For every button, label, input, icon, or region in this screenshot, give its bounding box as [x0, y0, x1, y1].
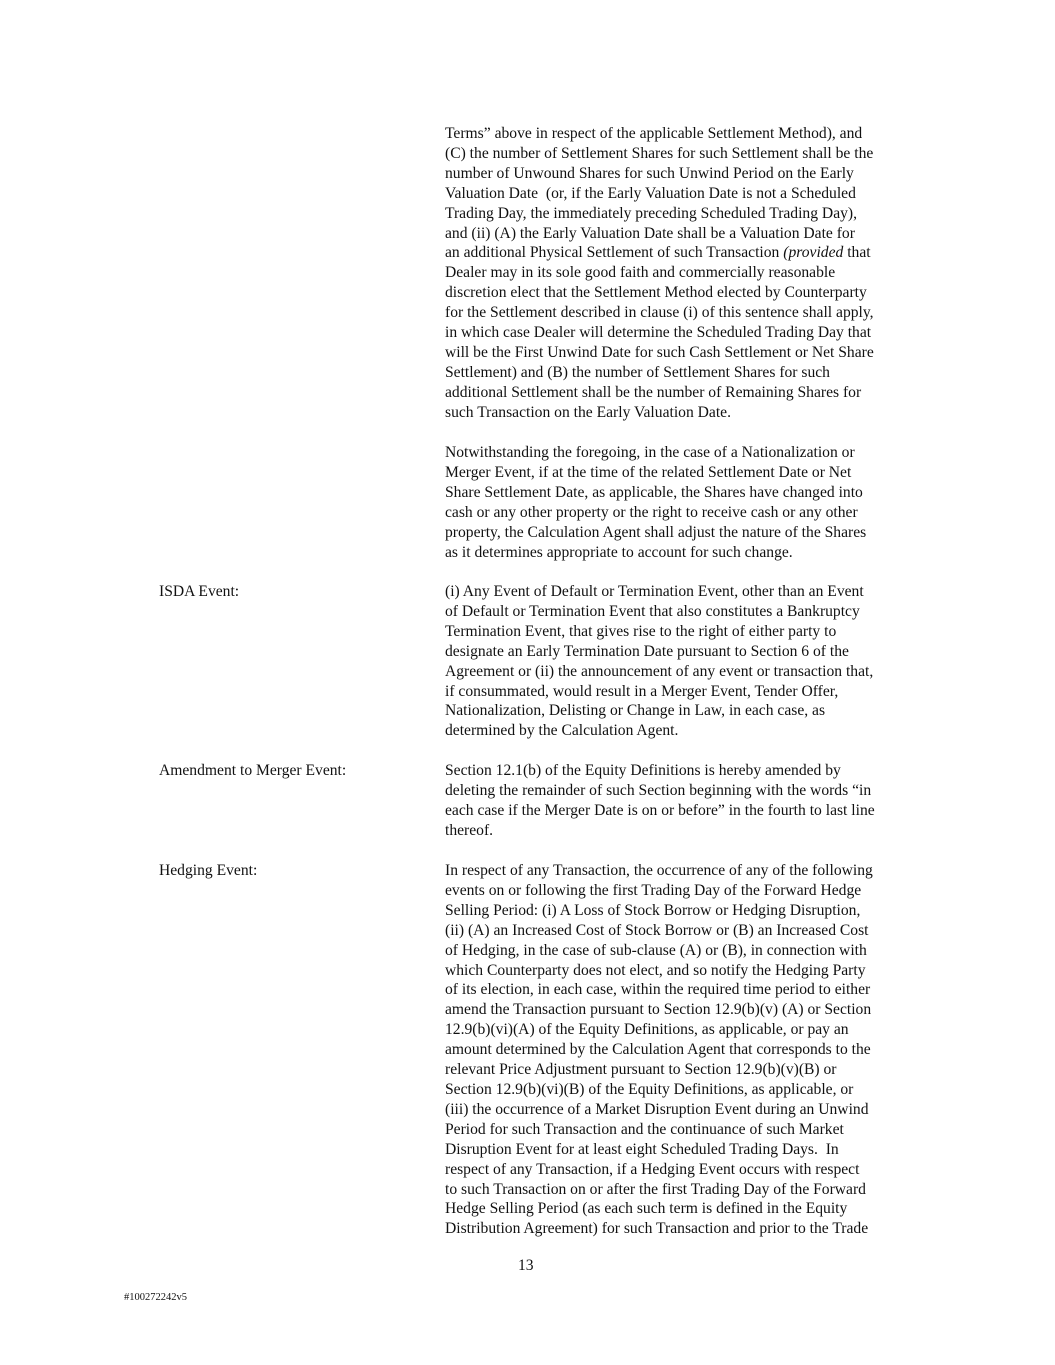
text-line: 12.9(b)(vi)(A) of the Equity Definitions…	[445, 1020, 925, 1040]
text-line: property, the Calculation Agent shall ad…	[445, 523, 925, 543]
text-line: Dealer may in its sole good faith and co…	[445, 263, 925, 283]
text-line: an additional Physical Settlement of suc…	[445, 243, 925, 263]
text-line: of Default or Termination Event that als…	[445, 602, 925, 622]
text-line: Notwithstanding the foregoing, in the ca…	[445, 443, 925, 463]
text-line: Merger Event, if at the time of the rela…	[445, 463, 925, 483]
text-line: which Counterparty does not elect, and s…	[445, 961, 925, 981]
text-line: Agreement or (ii) the announcement of an…	[445, 662, 925, 682]
document-id: #100272242v5	[124, 1291, 187, 1304]
definition-isda-event: (i) Any Event of Default or Termination …	[445, 582, 925, 741]
text-line: Disruption Event for at least eight Sche…	[445, 1140, 925, 1160]
text-line: thereof.	[445, 821, 925, 841]
text-line: Section 12.9(b)(vi)(B) of the Equity Def…	[445, 1080, 925, 1100]
italic-provided: (provided	[783, 244, 843, 261]
text-line: Section 12.1(b) of the Equity Definition…	[445, 761, 925, 781]
text-line: amend the Transaction pursuant to Sectio…	[445, 1000, 925, 1020]
text-line: cash or any other property or the right …	[445, 503, 925, 523]
text-line: Selling Period: (i) A Loss of Stock Borr…	[445, 901, 925, 921]
text-line: Hedge Selling Period (as each such term …	[445, 1199, 925, 1219]
text-line: and (ii) (A) the Early Valuation Date sh…	[445, 224, 925, 244]
text-line: as it determines appropriate to account …	[445, 543, 925, 563]
text-line: determined by the Calculation Agent.	[445, 721, 925, 741]
term-isda-event: ISDA Event:	[159, 582, 239, 602]
definition-hedging-event: In respect of any Transaction, the occur…	[445, 861, 925, 1239]
text-line: designate an Early Termination Date purs…	[445, 642, 925, 662]
text-line: relevant Price Adjustment pursuant to Se…	[445, 1060, 925, 1080]
text-line: (iii) the occurrence of a Market Disrupt…	[445, 1100, 925, 1120]
continuation-paragraph: Terms” above in respect of the applicabl…	[445, 124, 925, 423]
text-line: Period for such Transaction and the cont…	[445, 1120, 925, 1140]
text-fragment: that	[843, 244, 870, 261]
text-line: discretion elect that the Settlement Met…	[445, 283, 925, 303]
text-line: Trading Day, the immediately preceding S…	[445, 204, 925, 224]
document-page: Terms” above in respect of the applicabl…	[0, 0, 1055, 1365]
text-line: Distribution Agreement) for such Transac…	[445, 1219, 925, 1239]
text-line: to such Transaction on or after the firs…	[445, 1180, 925, 1200]
text-line: (C) the number of Settlement Shares for …	[445, 144, 925, 164]
text-line: will be the First Unwind Date for such C…	[445, 343, 925, 363]
term-amendment-to-merger-event: Amendment to Merger Event:	[159, 761, 346, 781]
text-line: Termination Event, that gives rise to th…	[445, 622, 925, 642]
text-line: (i) Any Event of Default or Termination …	[445, 582, 925, 602]
text-line: respect of any Transaction, if a Hedging…	[445, 1160, 925, 1180]
text-line: In respect of any Transaction, the occur…	[445, 861, 925, 881]
page-number: 13	[518, 1256, 534, 1276]
text-line: number of Unwound Shares for such Unwind…	[445, 164, 925, 184]
text-line: in which case Dealer will determine the …	[445, 323, 925, 343]
text-line: Share Settlement Date, as applicable, th…	[445, 483, 925, 503]
text-line: of Hedging, in the case of sub-clause (A…	[445, 941, 925, 961]
text-line: for the Settlement described in clause (…	[445, 303, 925, 323]
definition-amendment-to-merger-event: Section 12.1(b) of the Equity Definition…	[445, 761, 925, 841]
text-line: amount determined by the Calculation Age…	[445, 1040, 925, 1060]
text-line: Terms” above in respect of the applicabl…	[445, 124, 925, 144]
text-fragment: an additional Physical Settlement of suc…	[445, 244, 783, 261]
text-line: events on or following the first Trading…	[445, 881, 925, 901]
text-line: Nationalization, Delisting or Change in …	[445, 701, 925, 721]
text-line: deleting the remainder of such Section b…	[445, 781, 925, 801]
text-line: Settlement) and (B) the number of Settle…	[445, 363, 925, 383]
text-line: each case if the Merger Date is on or be…	[445, 801, 925, 821]
text-line: Valuation Date (or, if the Early Valuati…	[445, 184, 925, 204]
term-hedging-event: Hedging Event:	[159, 861, 257, 881]
text-line: additional Settlement shall be the numbe…	[445, 383, 925, 403]
text-line: such Transaction on the Early Valuation …	[445, 403, 925, 423]
text-line: if consummated, would result in a Merger…	[445, 682, 925, 702]
text-line: (ii) (A) an Increased Cost of Stock Borr…	[445, 921, 925, 941]
notwithstanding-paragraph: Notwithstanding the foregoing, in the ca…	[445, 443, 925, 562]
text-line: of its election, in each case, within th…	[445, 980, 925, 1000]
